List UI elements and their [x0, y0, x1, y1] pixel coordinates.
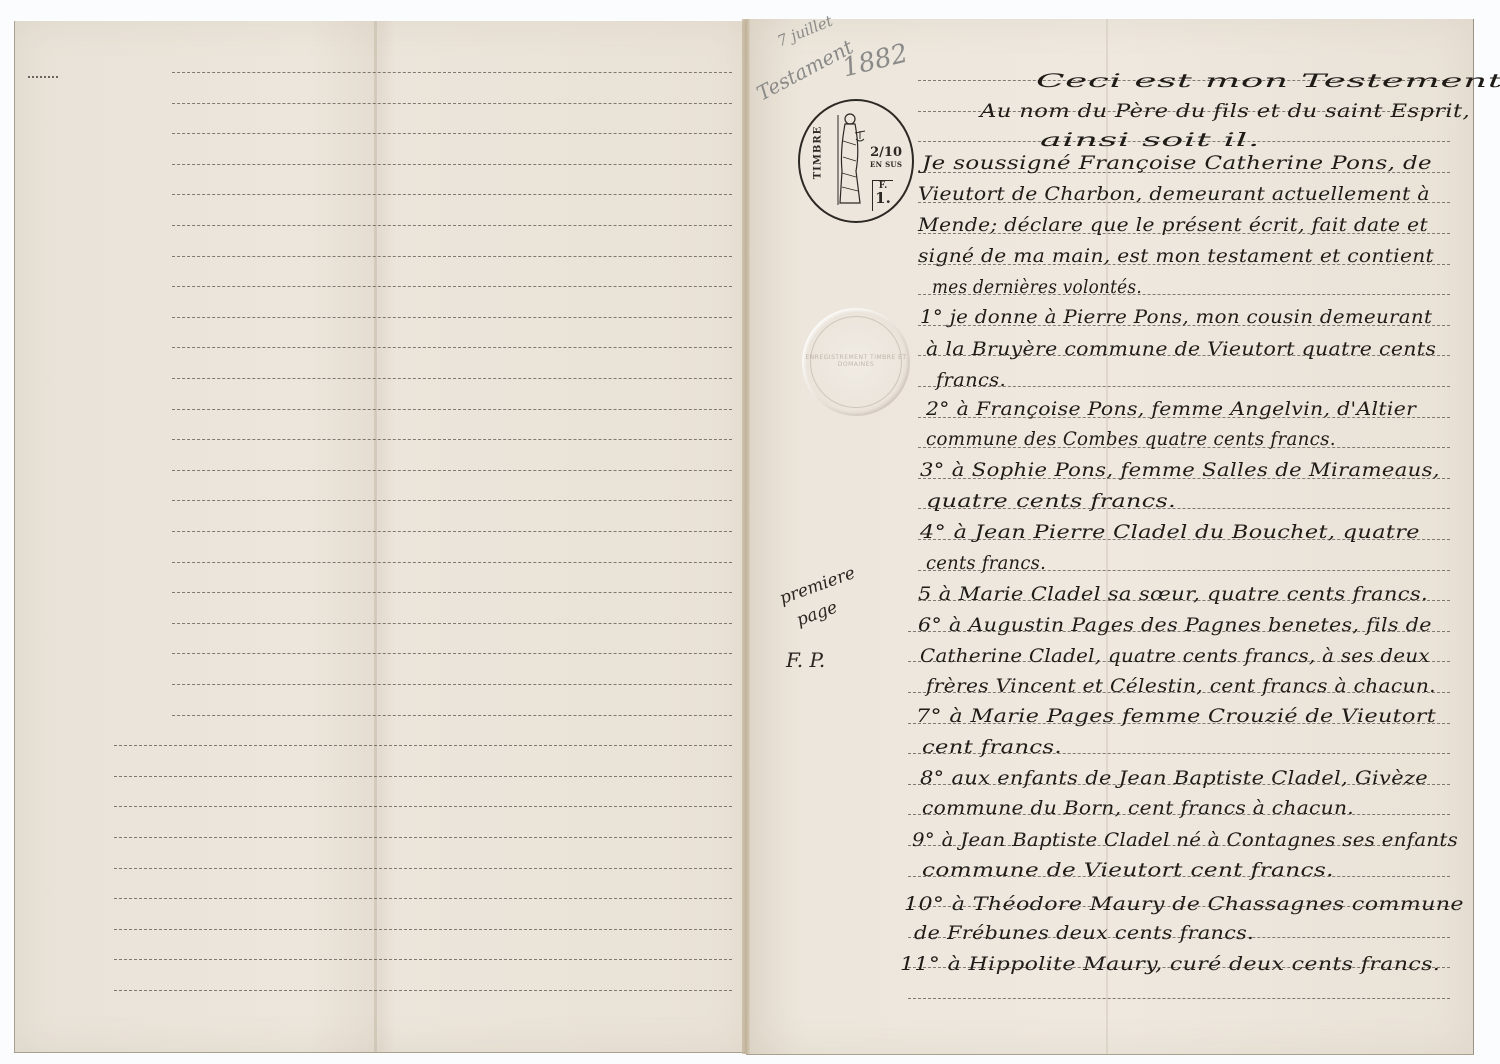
center-fold-spine — [742, 19, 750, 1054]
handwritten-line: Catherine Cladel, quatre cents francs, à… — [920, 645, 1430, 667]
ruled-line — [172, 347, 732, 348]
handwritten-line: ainsi soit il. — [1040, 129, 1260, 151]
ruled-line — [172, 103, 732, 104]
handwritten-line: 10° à Théodore Maury de Chassagnes commu… — [904, 893, 1464, 915]
justice-figure-icon — [834, 111, 866, 209]
ruled-line — [172, 592, 732, 593]
handwritten-line: 11° à Hippolite Maury, curé deux cents f… — [900, 953, 1440, 975]
handwritten-line: frères Vincent et Célestin, cent francs … — [926, 675, 1436, 697]
ruled-line — [172, 286, 732, 287]
stamp-surcharge: 2/10 EN SUS — [870, 145, 902, 169]
handwritten-line: 6° à Augustin Pages des Pagnes benetes, … — [918, 614, 1432, 636]
handwritten-line: Ceci est mon Testement, — [1036, 70, 1500, 92]
ruled-line — [172, 684, 732, 685]
handwritten-line: de Frébunes deux cents francs. — [914, 922, 1254, 944]
handwritten-line: 1° je donne à Pierre Pons, mon cousin de… — [920, 306, 1432, 328]
handwritten-line: commune de Vieutort cent francs. — [922, 859, 1334, 881]
ruled-line — [172, 439, 732, 440]
stamp-label: TIMBRE — [813, 123, 824, 183]
ruled-line — [114, 868, 732, 869]
handwritten-line: Je soussigné Françoise Catherine Pons, d… — [922, 152, 1432, 174]
ruled-line — [172, 317, 732, 318]
ruled-line — [172, 378, 732, 379]
stamp-price: F. 1. — [872, 180, 893, 211]
ruled-line — [172, 653, 732, 654]
handwritten-line: 2° à Françoise Pons, femme Angelvin, d'A… — [926, 398, 1416, 420]
handwritten-line: Vieutort de Charbon, demeurant actuellem… — [918, 183, 1430, 205]
ruled-line — [172, 562, 732, 563]
ruled-line — [114, 837, 732, 838]
ruled-line — [172, 470, 732, 471]
seal-text: ENREGISTREMENT TIMBRE ET DOMAINES — [802, 354, 910, 368]
ruled-line — [114, 898, 732, 899]
handwritten-line: cent francs. — [922, 736, 1062, 758]
ruled-line — [172, 623, 732, 624]
handwritten-line: 5 à Marie Cladel sa sœur, quatre cents f… — [918, 583, 1428, 605]
margin-note-initials: F. P. — [786, 648, 825, 672]
handwritten-line: commune du Born, cent francs à chacun. — [922, 797, 1354, 819]
handwritten-line: mes dernières volontés. — [932, 276, 1142, 298]
revenue-stamp: TIMBRE 2/10 EN SUS F. 1. — [798, 99, 914, 223]
left-page-dot-mark — [28, 76, 58, 78]
ruled-line — [172, 164, 732, 165]
handwritten-line: 9° à Jean Baptiste Cladel né à Contagnes… — [912, 829, 1458, 851]
ruled-line — [172, 531, 732, 532]
handwritten-line: francs. — [936, 369, 1006, 391]
handwritten-line: signé de ma main, est mon testament et c… — [918, 245, 1434, 267]
ruled-line — [114, 990, 732, 991]
ruled-line — [172, 194, 732, 195]
handwritten-line: Mende; déclare que le présent écrit, fai… — [918, 214, 1428, 236]
handwritten-line: 3° à Sophie Pons, femme Salles de Mirame… — [920, 459, 1440, 481]
handwritten-line: cents francs. — [926, 552, 1046, 574]
ruled-line — [172, 256, 732, 257]
handwritten-line: 8° aux enfants de Jean Baptiste Cladel, … — [920, 767, 1428, 789]
handwritten-line: 7° à Marie Pages femme Crouzié de Vieuto… — [916, 705, 1436, 727]
ruled-line — [172, 715, 732, 716]
embossed-seal: ENREGISTREMENT TIMBRE ET DOMAINES — [802, 308, 910, 416]
handwritten-line: quatre cents francs. — [926, 490, 1176, 512]
ruled-line — [114, 959, 732, 960]
handwritten-line: Au nom du Père du fils et du saint Espri… — [980, 100, 1470, 122]
ruled-line — [114, 776, 732, 777]
ruled-line — [172, 500, 732, 501]
ruled-line — [172, 133, 732, 134]
ruled-line — [908, 998, 1450, 999]
ruled-line — [172, 409, 732, 410]
handwritten-line: 4° à Jean Pierre Cladel du Bouchet, quat… — [920, 521, 1420, 543]
ruled-line — [172, 72, 732, 73]
handwritten-line: à la Bruyère commune de Vieutort quatre … — [926, 338, 1436, 360]
ruled-line — [114, 745, 732, 746]
ruled-line — [114, 806, 732, 807]
handwritten-line: commune des Combes quatre cents francs. — [926, 428, 1336, 450]
ruled-line — [114, 929, 732, 930]
ruled-line — [172, 225, 732, 226]
